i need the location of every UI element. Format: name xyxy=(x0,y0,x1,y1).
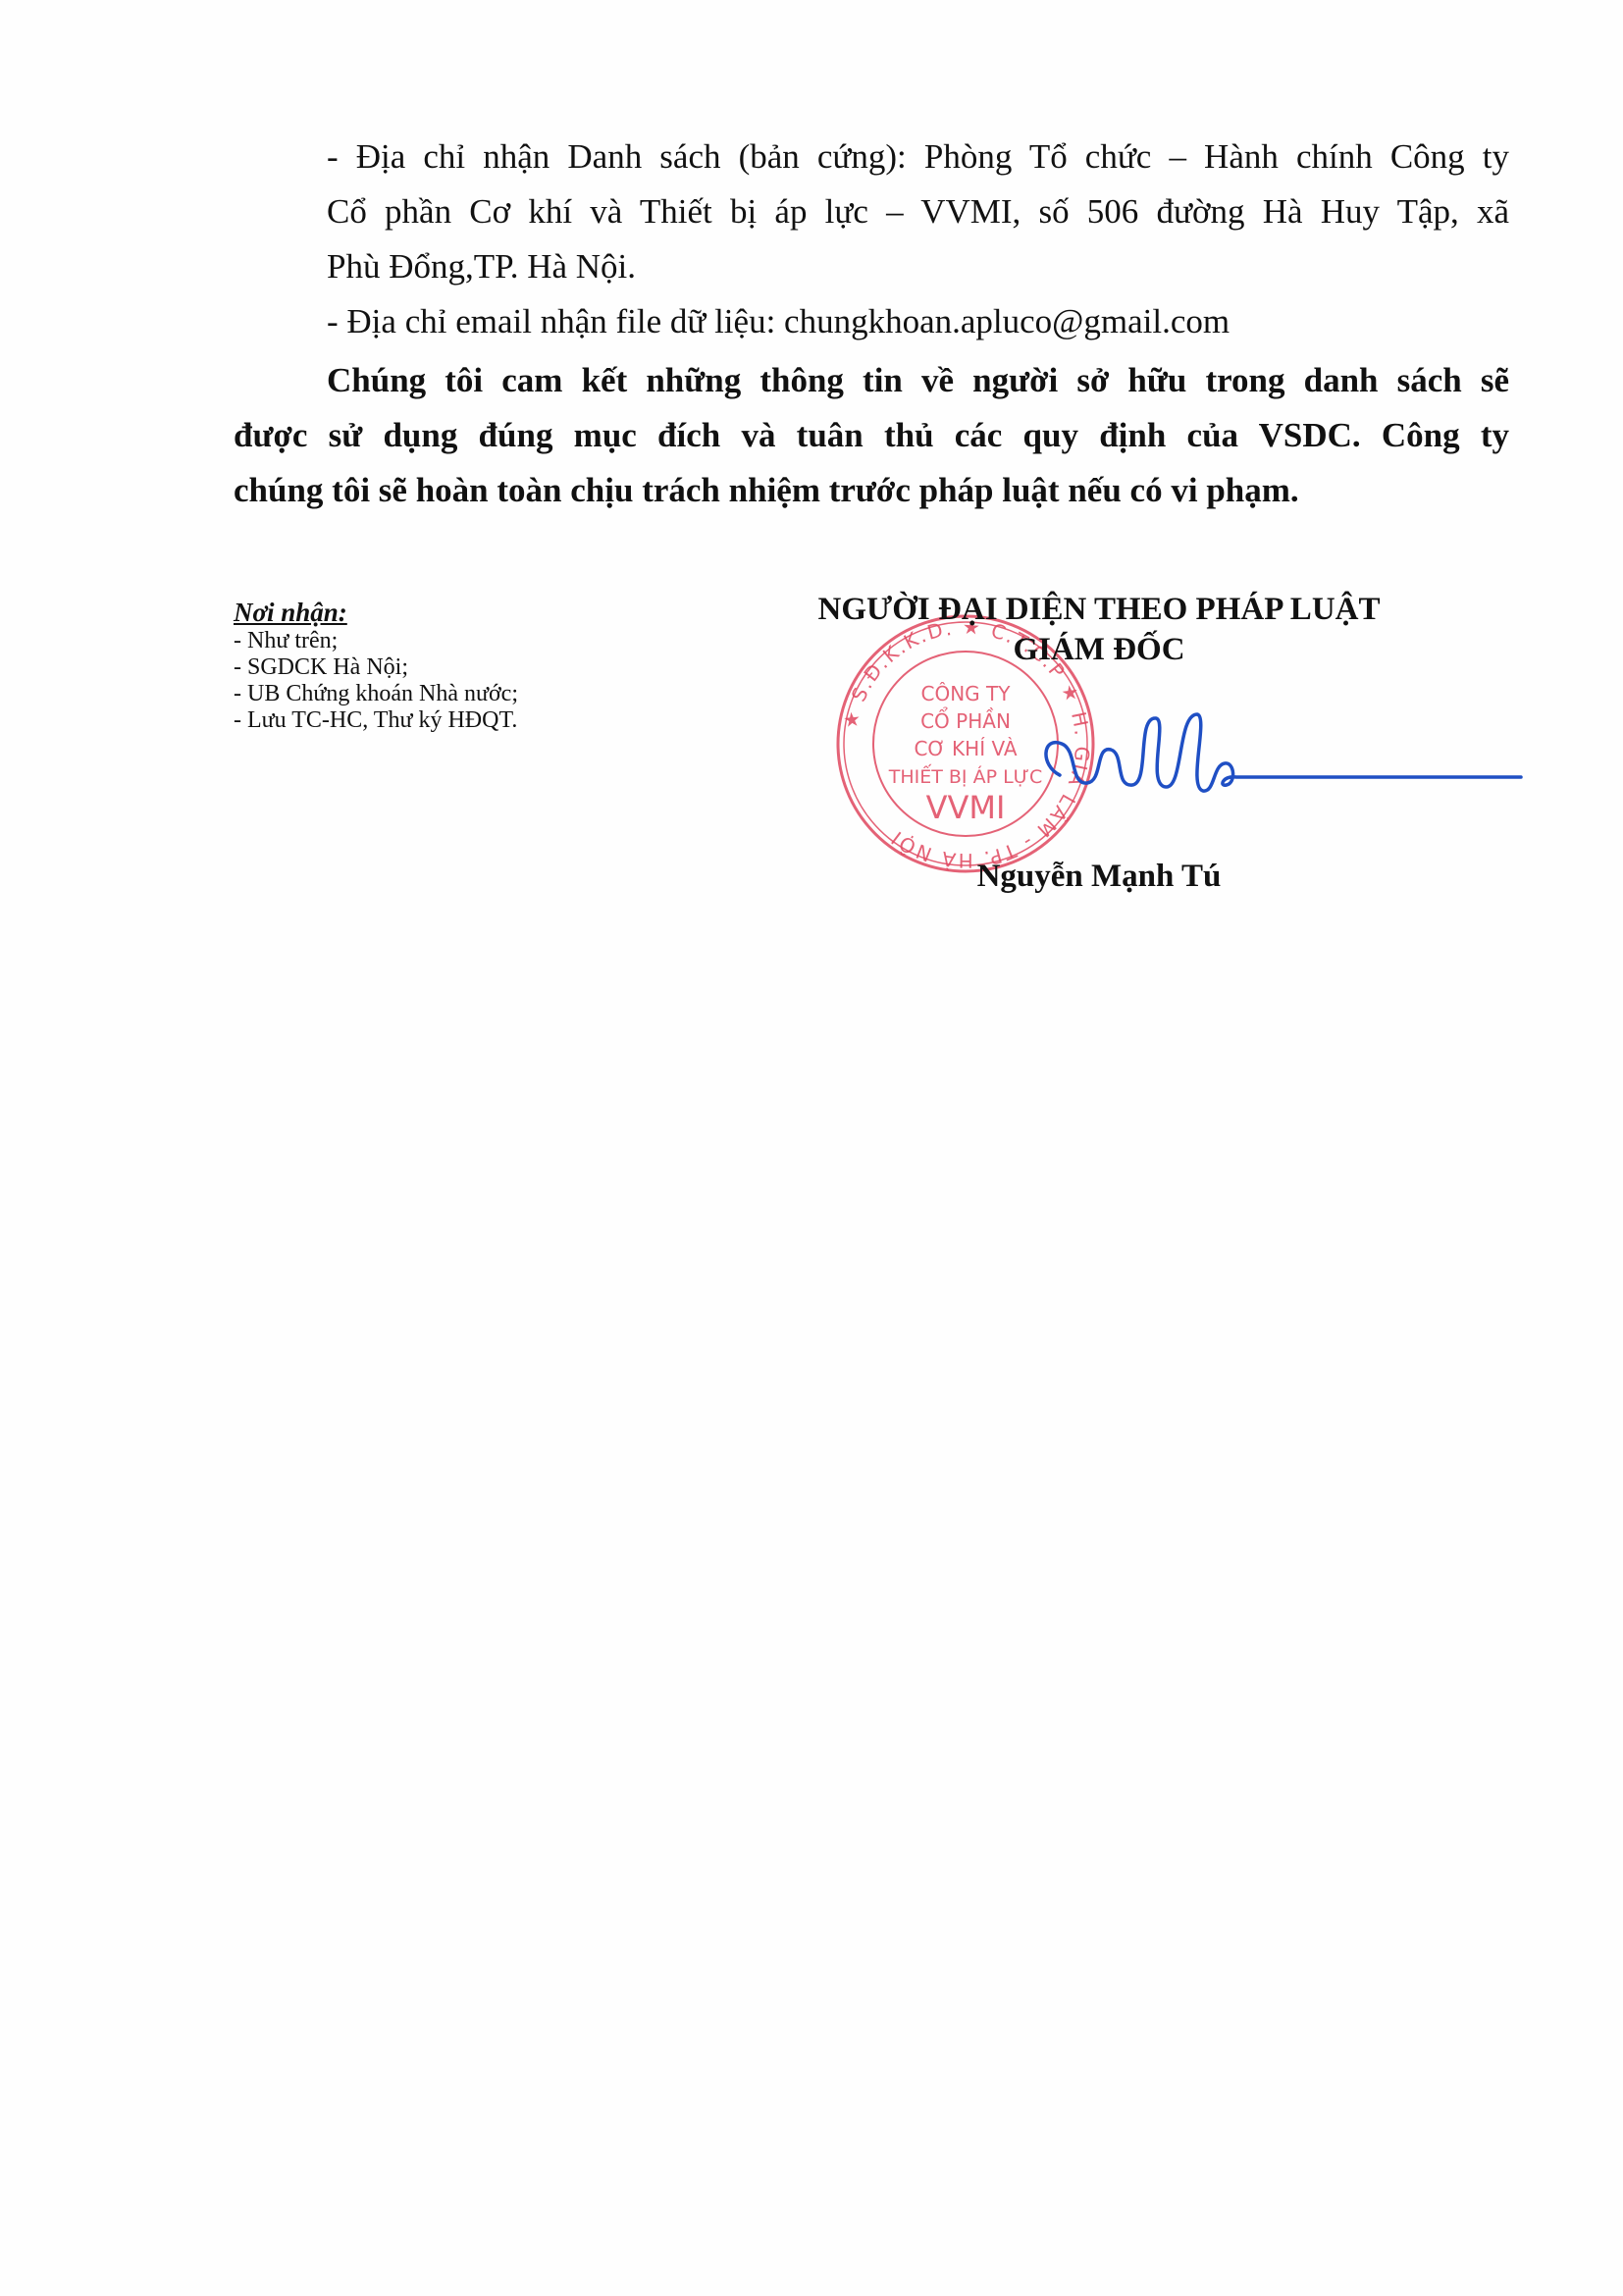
address-line: Cổ phần Cơ khí và Thiết bị áp lực – VVMI… xyxy=(234,184,1509,239)
address-line: Phù Đổng,TP. Hà Nội. xyxy=(234,239,1509,294)
svg-text:CỔ PHẦN: CỔ PHẦN xyxy=(920,707,1011,733)
signer-name: Nguyễn Mạnh Tú xyxy=(785,856,1413,897)
commitment-line: được sử dụng đúng mục đích và tuân thủ c… xyxy=(234,408,1509,463)
recipients-list: Nơi nhận: - Như trên; - SGDCK Hà Nội; - … xyxy=(234,597,518,734)
recipient-item: - SGDCK Hà Nội; xyxy=(234,654,518,681)
address-line: - Địa chỉ nhận Danh sách (bản cứng): Phò… xyxy=(234,130,1509,184)
signer-role: NGƯỜI ĐẠI DIỆN THEO PHÁP LUẬT xyxy=(785,589,1413,630)
commitment-line: chúng tôi sẽ hoàn toàn chịu trách nhiệm … xyxy=(234,463,1509,518)
commitment-line: Chúng tôi cam kết những thông tin về ngư… xyxy=(234,353,1509,408)
signer-title: GIÁM ĐỐC xyxy=(785,630,1413,669)
recipients-heading: Nơi nhận: xyxy=(234,597,518,628)
handwritten-signature xyxy=(1030,706,1541,814)
svg-text:CƠ KHÍ VÀ: CƠ KHÍ VÀ xyxy=(914,737,1017,760)
document-page: - Địa chỉ nhận Danh sách (bản cứng): Phò… xyxy=(0,0,1623,2296)
commitment-paragraph: Chúng tôi cam kết những thông tin về ngư… xyxy=(234,353,1509,518)
svg-text:CÔNG TY: CÔNG TY xyxy=(921,682,1012,705)
svg-text:VVMI: VVMI xyxy=(926,789,1006,826)
address-paragraph: - Địa chỉ nhận Danh sách (bản cứng): Phò… xyxy=(234,130,1509,349)
svg-text:THIẾT BỊ ÁP LỰC: THIẾT BỊ ÁP LỰC xyxy=(888,763,1042,788)
recipient-item: - UB Chứng khoán Nhà nước; xyxy=(234,681,518,707)
signature-block: NGƯỜI ĐẠI DIỆN THEO PHÁP LUẬT GIÁM ĐỐC xyxy=(785,589,1413,669)
email-line: - Địa chỉ email nhận file dữ liệu: chung… xyxy=(234,294,1509,349)
recipient-item: - Như trên; xyxy=(234,628,518,654)
recipient-item: - Lưu TC-HC, Thư ký HĐQT. xyxy=(234,707,518,734)
